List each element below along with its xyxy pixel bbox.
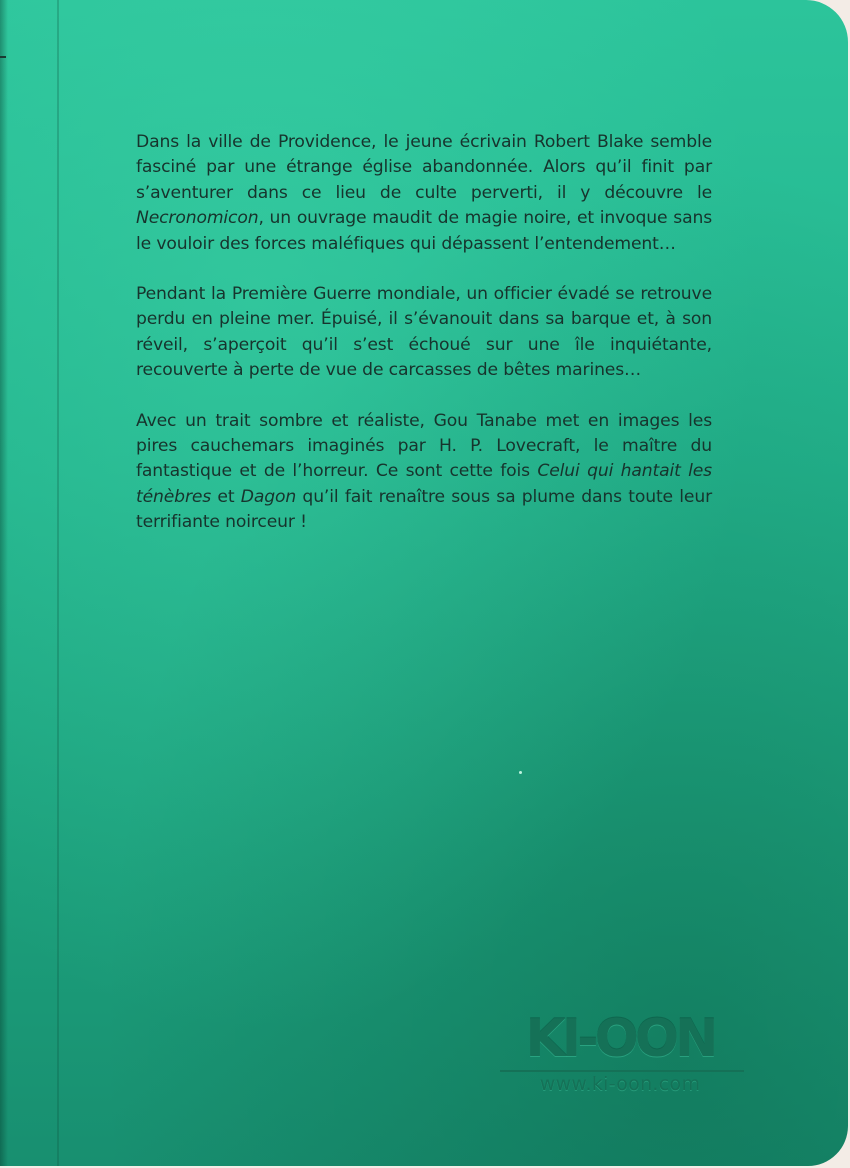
- book-back-cover: Dans la ville de Providence, le jeune éc…: [0, 0, 848, 1166]
- text-segment: Dans la ville de Providence, le jeune éc…: [136, 132, 712, 203]
- text-segment: et: [211, 487, 241, 507]
- story-title-dagon: Dagon: [241, 487, 296, 507]
- text-segment: Pendant la Première Guerre mondiale, un …: [136, 284, 712, 380]
- book-title-necronomicon: Necronomicon: [136, 208, 258, 228]
- publisher-logo: KI-OON www.ki-oon.com: [500, 1010, 740, 1100]
- blurb-paragraph-3: Avec un trait sombre et réaliste, Gou Ta…: [136, 409, 712, 536]
- spine-shadow: [0, 0, 8, 1166]
- kioon-logo-mark: KI-OON: [520, 1010, 720, 1068]
- edge-mark: [0, 56, 6, 58]
- blurb: Dans la ville de Providence, le jeune éc…: [136, 130, 712, 561]
- blurb-paragraph-1: Dans la ville de Providence, le jeune éc…: [136, 130, 712, 257]
- surface-speck: [519, 771, 522, 774]
- blurb-paragraph-2: Pendant la Première Guerre mondiale, un …: [136, 282, 712, 384]
- spine-crease: [57, 0, 59, 1166]
- publisher-url: www.ki-oon.com: [520, 1072, 720, 1096]
